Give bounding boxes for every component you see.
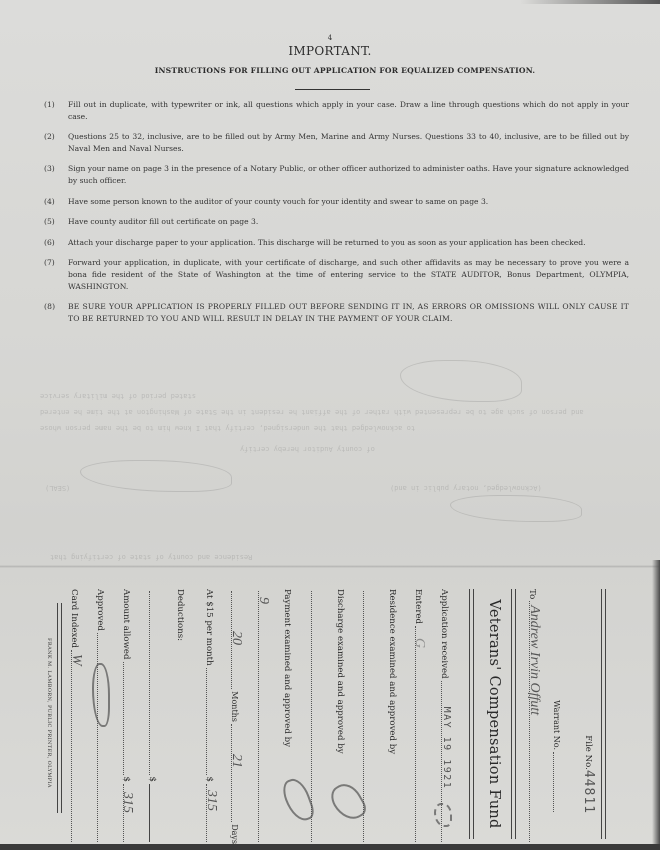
heading-divider <box>295 89 370 90</box>
instruction-number: (7) <box>44 257 55 269</box>
instruction-text: Questions 25 to 32, inclusive, are to be… <box>68 132 629 153</box>
bleed-through-signature <box>450 495 582 522</box>
page-edge-shadow <box>652 560 660 850</box>
bleed-through-text: (SEAL) <box>45 484 70 492</box>
instruction-text: Attach your discharge paper to your appl… <box>68 238 586 247</box>
warrant-number-label: Warrant No. <box>550 700 562 750</box>
rate-label: At $15 per month <box>203 589 215 666</box>
residence-row: Residence examined and approved by <box>386 589 398 844</box>
instruction-item: (5) Have county auditor fill out certifi… <box>44 216 629 228</box>
days-field[interactable]: 21 <box>231 724 240 822</box>
application-received-label: Application received <box>438 589 450 679</box>
bleed-through-text: Residence and county of state of certify… <box>50 553 252 561</box>
card-indexed-field[interactable]: W <box>71 650 80 842</box>
instruction-number: (5) <box>44 216 55 228</box>
double-rule <box>57 603 62 813</box>
deductions-currency: $ <box>146 777 158 782</box>
bleed-through-signature <box>400 360 522 402</box>
amount-allowed-row: Amount allowed $ 315 <box>120 589 132 844</box>
instruction-number: (2) <box>44 131 55 143</box>
date-received-stamp: MAY 19 1921 <box>440 707 452 790</box>
months-handwritten: 20 <box>230 631 242 645</box>
instruction-number: (8) <box>44 301 55 313</box>
bleed-through-text: and person of such age to be represented… <box>40 408 584 416</box>
file-number-row: File No. 44811 <box>582 589 594 844</box>
entered-initial-handwritten: G <box>413 638 425 648</box>
deductions-label: Deductions: <box>174 589 186 641</box>
instruction-text: Have county auditor fill out certificate… <box>68 217 258 226</box>
instruction-number: (6) <box>44 237 55 249</box>
months-label: Months <box>228 691 240 722</box>
deductions-amount-field[interactable] <box>149 784 158 842</box>
rate-row: At $15 per month $ 315 <box>203 589 215 844</box>
instruction-text: Forward your application, in duplicate, … <box>68 258 629 290</box>
instruction-number: (1) <box>44 99 55 111</box>
instructions-heading: INSTRUCTIONS FOR FILLING OUT APPLICATION… <box>0 66 660 75</box>
bleed-through-text: of county Auditor hereby certify <box>240 445 375 453</box>
amount-allowed-leader <box>123 662 132 775</box>
instruction-item: (8) BE SURE YOUR APPLICATION IS PROPERLY… <box>44 301 629 324</box>
bleed-through-signature <box>80 460 232 492</box>
entered-row: Entered G <box>412 589 424 844</box>
instruction-item: (3) Sign your name on page 3 in the pres… <box>44 163 629 186</box>
deductions-row: Deductions: <box>174 589 186 844</box>
instruction-number: (4) <box>44 196 55 208</box>
to-label: To <box>526 589 538 599</box>
instruction-number: (3) <box>44 163 55 175</box>
printer-imprint: FRANK M. LAMBORN, PUBLIC PRINTER, OLYMPI… <box>46 613 52 813</box>
double-rule <box>469 589 474 839</box>
payee-row: To Andrew Irvin Offutt <box>526 589 542 844</box>
instruction-item: (7) Forward your application, in duplica… <box>44 257 629 292</box>
document-page: stated period of the military service an… <box>0 0 660 850</box>
double-rule <box>511 589 516 839</box>
warrant-number-field[interactable] <box>553 752 562 812</box>
instruction-item: (1) Fill out in duplicate, with typewrit… <box>44 99 629 122</box>
warrant-number-row: Warrant No. <box>550 589 562 814</box>
rate-amount-handwritten: 315 <box>205 790 217 811</box>
file-number-value: 44811 <box>582 770 594 814</box>
entered-label: Entered <box>412 589 424 624</box>
rate-currency: $ <box>203 777 215 782</box>
card-indexed-initial: W <box>70 654 82 666</box>
amount-allowed-handwritten: 315 <box>121 792 133 813</box>
payment-label: Payment examined and approved by <box>281 589 293 747</box>
instructions-list: (1) Fill out in duplicate, with typewrit… <box>44 99 629 333</box>
rate-leader <box>206 668 215 775</box>
card-indexed-label: Card Indexed <box>68 589 80 648</box>
residence-label: Residence examined and approved by <box>386 589 398 754</box>
bleed-through-text: to acknowledged that the undersigned, ce… <box>40 424 415 432</box>
service-period-row: 20 Months 21 Days <box>228 589 240 844</box>
instruction-text: BE SURE YOUR APPLICATION IS PROPERLY FIL… <box>68 302 629 323</box>
entered-field[interactable]: G <box>415 626 424 842</box>
months-field[interactable]: 20 <box>231 591 240 689</box>
days-handwritten: 21 <box>230 754 242 768</box>
page-number: 4 <box>0 34 660 42</box>
amount-allowed-field[interactable]: 315 <box>123 784 132 842</box>
payee-name-handwritten: Andrew Irvin Offutt <box>528 605 540 715</box>
instruction-text: Fill out in duplicate, with typewriter o… <box>68 100 629 121</box>
approved-signature <box>92 663 110 727</box>
deductions-field[interactable] <box>149 591 158 775</box>
instruction-text: Sign your name on page 3 in the presence… <box>68 164 629 185</box>
fold-line <box>0 565 660 568</box>
instruction-item: (2) Questions 25 to 32, inclusive, are t… <box>44 131 629 154</box>
approved-row: Approved <box>94 589 106 844</box>
received-stamp-mark <box>434 803 452 827</box>
page-title: IMPORTANT. <box>0 44 660 58</box>
payee-field[interactable]: Andrew Irvin Offutt <box>529 601 538 842</box>
instruction-item: (4) Have some person known to the audito… <box>44 196 629 208</box>
instruction-item: (6) Attach your discharge paper to your … <box>44 237 629 249</box>
card-indexed-row: Card Indexed W <box>68 589 80 844</box>
amount-allowed-label: Amount allowed <box>120 589 132 660</box>
discharge-label: Discharge examined and approved by <box>334 589 346 754</box>
deductions-amount-row: $ <box>146 589 158 844</box>
page-edge-shadow <box>520 0 660 4</box>
page-edge-shadow <box>0 844 660 850</box>
payment-approver-handwritten: 9 <box>257 597 269 604</box>
instruction-text: Have some person known to the auditor of… <box>68 197 488 206</box>
double-rule <box>601 589 606 839</box>
days-label: Days <box>228 824 240 844</box>
file-number-label: File No. <box>582 735 594 770</box>
amount-allowed-currency: $ <box>120 777 132 782</box>
approved-field[interactable] <box>97 633 106 842</box>
approved-label: Approved <box>94 589 106 631</box>
payment-approver-field[interactable]: 9 <box>258 591 267 842</box>
bleed-through-text: stated period of the military service <box>40 392 196 400</box>
payment-signature-row: 9 <box>255 589 267 844</box>
fund-title: Veterans' Compensation Fund <box>486 589 502 839</box>
compensation-fund-stub: File No. 44811 Warrant No. To Andrew Irv… <box>20 583 620 848</box>
rate-amount-field[interactable]: 315 <box>206 784 215 842</box>
bleed-through-text: (Acknowledged, notary public in and) <box>390 484 542 492</box>
